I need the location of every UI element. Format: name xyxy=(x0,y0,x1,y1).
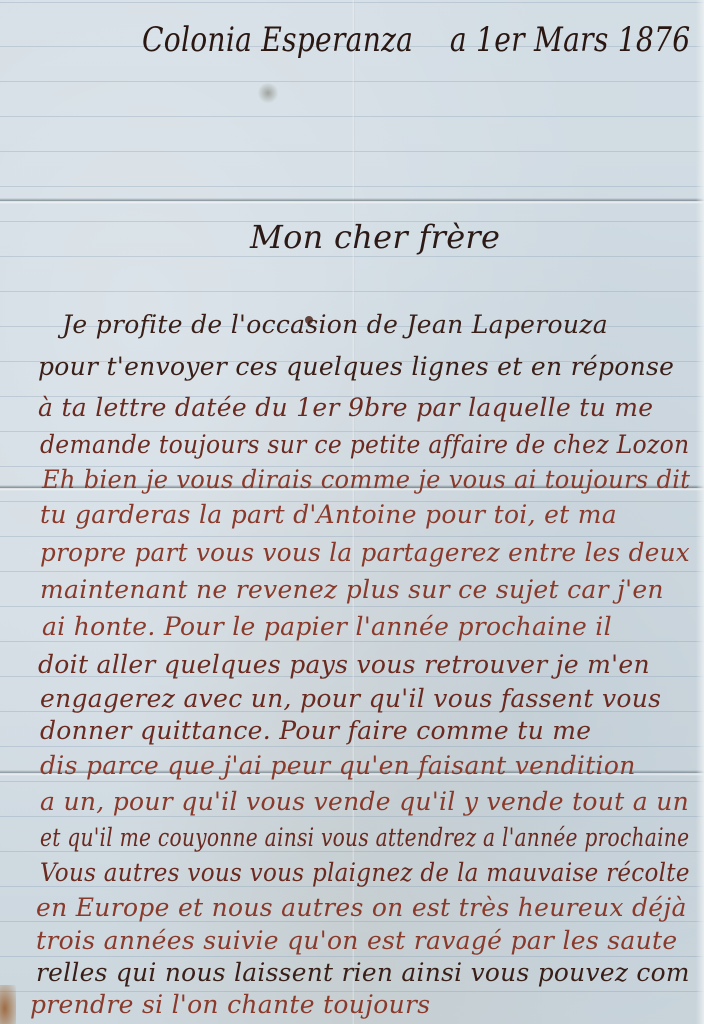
body-line-13: dis parce que j'ai peur qu'en faisant ve… xyxy=(40,751,636,780)
body-line-7: propre part vous vous la partagerez entr… xyxy=(40,538,690,567)
body-line-3: à ta lettre datée du 1er 9bre par laquel… xyxy=(38,393,653,422)
stain-top xyxy=(258,82,278,104)
stain-bottom-left xyxy=(0,985,16,1024)
letter-page: Colonia Esperanza a 1er Mars 1876 Mon ch… xyxy=(0,0,704,1024)
body-line-1: Je profite de l'occasion de Jean Laperou… xyxy=(62,310,608,339)
body-line-19: relles qui nous laissent rien ainsi vous… xyxy=(36,958,690,987)
body-line-11: engagerez avec un, pour qu'il vous fasse… xyxy=(40,684,661,713)
body-line-17: en Europe et nous autres on est très heu… xyxy=(36,893,687,922)
body-line-8: maintenant ne revenez plus sur ce sujet … xyxy=(40,575,664,604)
fold-crease-top xyxy=(0,198,704,204)
body-line-6: tu garderas la part d'Antoine pour toi, … xyxy=(40,500,617,529)
paper-edge xyxy=(696,0,704,1024)
body-line-12: donner quittance. Pour faire comme tu me xyxy=(40,716,591,745)
body-line-18: trois années suivie qu'on est ravagé par… xyxy=(36,926,677,955)
body-line-10: doit aller quelques pays vous retrouver … xyxy=(38,650,650,679)
body-line-15: et qu'il me couyonne ainsi vous attendre… xyxy=(40,823,689,852)
body-line-2: pour t'envoyer ces quelques lignes et en… xyxy=(38,352,674,381)
body-line-14: a un, pour qu'il vous vende qu'il y vend… xyxy=(40,787,689,816)
body-line-5: Eh bien je vous dirais comme je vous ai … xyxy=(42,465,690,494)
letter-heading: Colonia Esperanza a 1er Mars 1876 xyxy=(142,20,690,60)
body-line-20: prendre si l'on chante toujours xyxy=(30,990,430,1019)
body-line-9: ai honte. Pour le papier l'année prochai… xyxy=(42,612,612,641)
heading-place: Colonia Esperanza xyxy=(142,20,413,60)
body-line-4: demande toujours sur ce petite affaire d… xyxy=(40,430,689,459)
salutation: Mon cher frère xyxy=(250,218,500,256)
body-line-16: Vous autres vous vous plaignez de la mau… xyxy=(40,858,690,887)
heading-date: a 1er Mars 1876 xyxy=(450,20,691,60)
